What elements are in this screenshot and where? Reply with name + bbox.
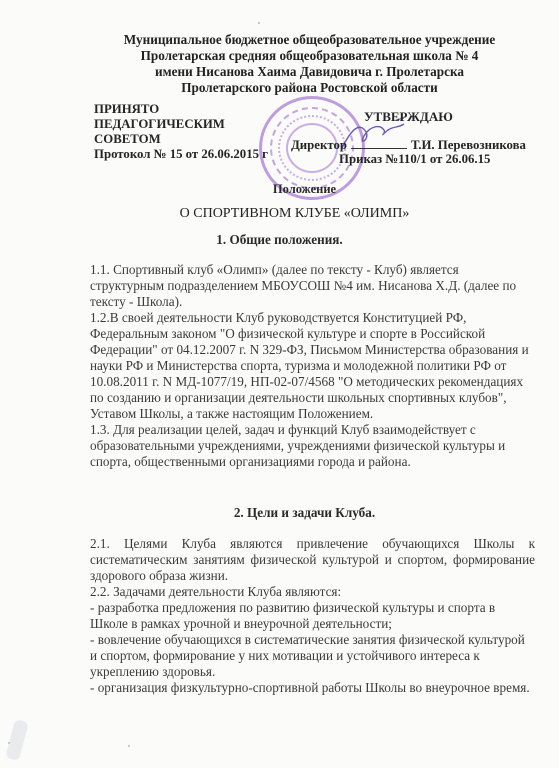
paragraph: 1.1. Спортивный клуб «Олимп» (далее по т… (90, 262, 535, 310)
document-page: Муниципальное бюджетное общеобразователь… (0, 0, 559, 768)
protocol-number: Протокол № 15 от 26.06.2015 г (94, 147, 268, 162)
accepted-body: ПЕДАГОГИЧЕСКИМ (94, 117, 268, 132)
paragraph: 2.1. Целями Клуба являются привлечение о… (90, 536, 535, 584)
accepted-label: ПРИНЯТО (94, 102, 268, 117)
director-name: Т.И. Перевозникова (411, 138, 526, 152)
scan-speck (128, 745, 130, 747)
scan-smudge (5, 719, 29, 761)
document-kind: Положение (0, 182, 559, 197)
approve-title: УТВЕРЖДАЮ (364, 109, 453, 125)
paragraph: 1.3. Для реализации целей, задач и функц… (90, 422, 535, 470)
document-title: О СПОРТИВНОМ КЛУБЕ «ОЛИМП» (0, 206, 559, 222)
paragraph: - организация физкультурно-спортивной ра… (90, 680, 535, 696)
paragraph: - вовлечение обучающихся в систематическ… (90, 632, 535, 680)
section-title: 2. Цели и задачи Клуба. (0, 505, 559, 521)
header-line: Муниципальное бюджетное общеобразователь… (0, 32, 559, 48)
header-line: имени Нисанова Хаима Давидовича г. Проле… (0, 64, 559, 80)
section-body: 2.1. Целями Клуба являются привлечение о… (90, 536, 535, 696)
paragraph: - разработка предложения по развитию физ… (90, 600, 535, 632)
paragraph: 2.2. Задачами деятельности Клуба являютс… (90, 584, 535, 600)
section-title: 1. Общие положения. (0, 232, 559, 248)
accepted-body-2: СОВЕТОМ (94, 132, 268, 147)
scan-speck (258, 22, 260, 24)
accepted-block: ПРИНЯТО ПЕДАГОГИЧЕСКИМ СОВЕТОМ Протокол … (94, 102, 268, 162)
paragraph: 1.2.В своей деятельности Клуб руководств… (90, 310, 535, 422)
director-label: Директор (291, 138, 347, 152)
section-body: 1.1. Спортивный клуб «Олимп» (далее по т… (90, 262, 535, 470)
institution-header: Муниципальное бюджетное общеобразователь… (0, 32, 559, 96)
director-signature-line: ДиректорТ.И. Перевозникова (291, 138, 526, 153)
header-line: Пролетарская средняя общеобразовательная… (0, 48, 559, 64)
signature-blank (351, 138, 407, 149)
header-line: Пролетарского района Ростовской области (0, 80, 559, 96)
order-number: Приказ №110/1 от 26.06.15 (339, 152, 490, 167)
